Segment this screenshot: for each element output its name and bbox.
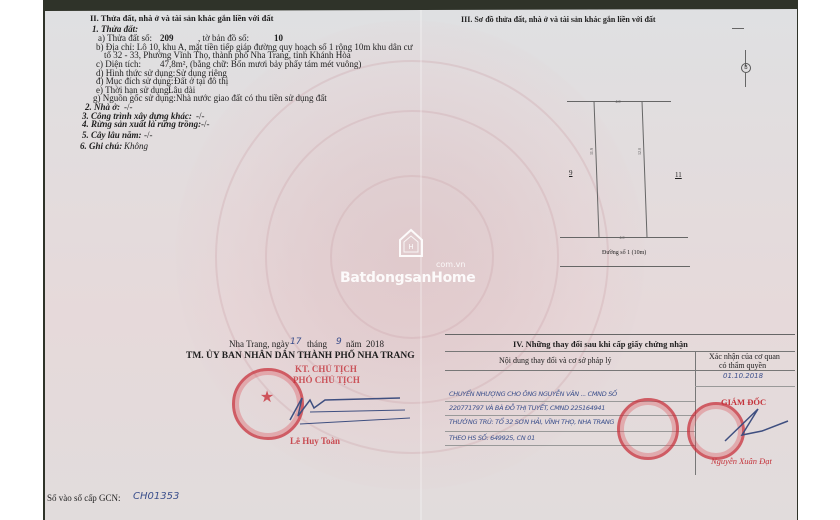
- change-line-4: THEO HS SỐ: 649925, CN 01: [449, 435, 535, 442]
- col1-header: Nội dung thay đổi và cơ sở pháp lý: [499, 357, 611, 365]
- authority-title: TM. ỦY BAN NHÂN DÂN THÀNH PHỐ NHA TRANG: [186, 352, 415, 362]
- section-iii-title: III. Sơ đồ thửa đất, nhà ở và tài sản kh…: [461, 16, 656, 24]
- watermark-brand: BatdongsanHome: [340, 270, 475, 286]
- confirm-date: 01.10.2018: [723, 373, 763, 380]
- road-label: Đường số 1 (10m): [602, 250, 646, 256]
- road-top-edge: [560, 237, 688, 238]
- signer-title-1: KT. CHỦ TỊCH: [295, 365, 357, 374]
- signature-right: [720, 405, 790, 445]
- date-year-label: năm: [346, 340, 362, 349]
- road-bottom-edge: [560, 266, 690, 267]
- date-year: 2018: [366, 340, 384, 349]
- use-origin-value: Nhà nước giao đất có thu tiền sử dụng đấ…: [176, 94, 327, 103]
- neighbor-parcel-right: 11: [675, 172, 682, 179]
- change-line-1: CHUYỂN NHƯỢNG CHO ÔNG NGUYỄN VĂN ... CMN…: [449, 391, 617, 398]
- date-day: 17: [290, 338, 301, 347]
- date-month: 9: [336, 338, 342, 347]
- svg-text:4.0: 4.0: [616, 100, 621, 104]
- date-prefix: Nha Trang, ngày: [229, 340, 289, 349]
- north-arrow-icon: B: [741, 63, 751, 73]
- signature-left: [280, 390, 410, 430]
- notes-label: 6. Ghi chú:: [80, 142, 122, 151]
- change-line-2: 220771797 VÀ BÀ ĐỖ THỊ TUYẾT, CMND 22516…: [449, 405, 605, 412]
- registry-label: Số vào sổ cấp GCN:: [47, 494, 121, 503]
- changes-title: IV. Những thay đổi sau khi cấp giấy chứn…: [513, 340, 688, 349]
- svg-text:11.9: 11.9: [590, 148, 594, 155]
- house-logo-icon: H: [398, 228, 424, 258]
- svg-text:H: H: [408, 243, 413, 251]
- col2-header-2: có thẩm quyền: [719, 362, 766, 370]
- signer-title-2: PHÓ CHỦ TỊCH: [293, 376, 360, 385]
- forest-label: 4. Rừng sản xuất là rừng trồng:: [82, 120, 201, 129]
- section-ii-title: II. Thửa đất, nhà ở và tài sản khác gắn …: [90, 14, 273, 23]
- neighbor-parcel-left: 9: [569, 170, 573, 177]
- star-icon: ★: [258, 389, 276, 407]
- col2-header-1: Xác nhận của cơ quan: [709, 353, 780, 361]
- forest-value: -/-: [201, 120, 210, 129]
- watermark-domain: com.vn: [436, 260, 465, 269]
- office-stamp-left: [617, 398, 679, 460]
- change-line-3: THƯỜNG TRÚ: TỔ 32 SƠN HẢI, VĨNH THỌ, NHA…: [449, 419, 614, 426]
- date-month-label: tháng: [307, 340, 327, 349]
- svg-text:12.0: 12.0: [637, 148, 642, 155]
- north-arrow-tick: [732, 28, 744, 29]
- date-underline: [695, 386, 795, 387]
- north-arrow-tail: [745, 73, 746, 87]
- notes-value: Không: [124, 142, 148, 151]
- registry-value: CH01353: [133, 492, 179, 502]
- signer-name: Lê Huy Toàn: [290, 437, 340, 446]
- parcel-outline: 4.0 11.9 12.0 4.0: [590, 100, 650, 240]
- perennial-value: -/-: [144, 131, 153, 140]
- watermark: H com.vn BatdongsanHome: [340, 228, 480, 298]
- perennial-label: 5. Cây lâu năm:: [82, 131, 142, 140]
- table-divider: [445, 370, 795, 371]
